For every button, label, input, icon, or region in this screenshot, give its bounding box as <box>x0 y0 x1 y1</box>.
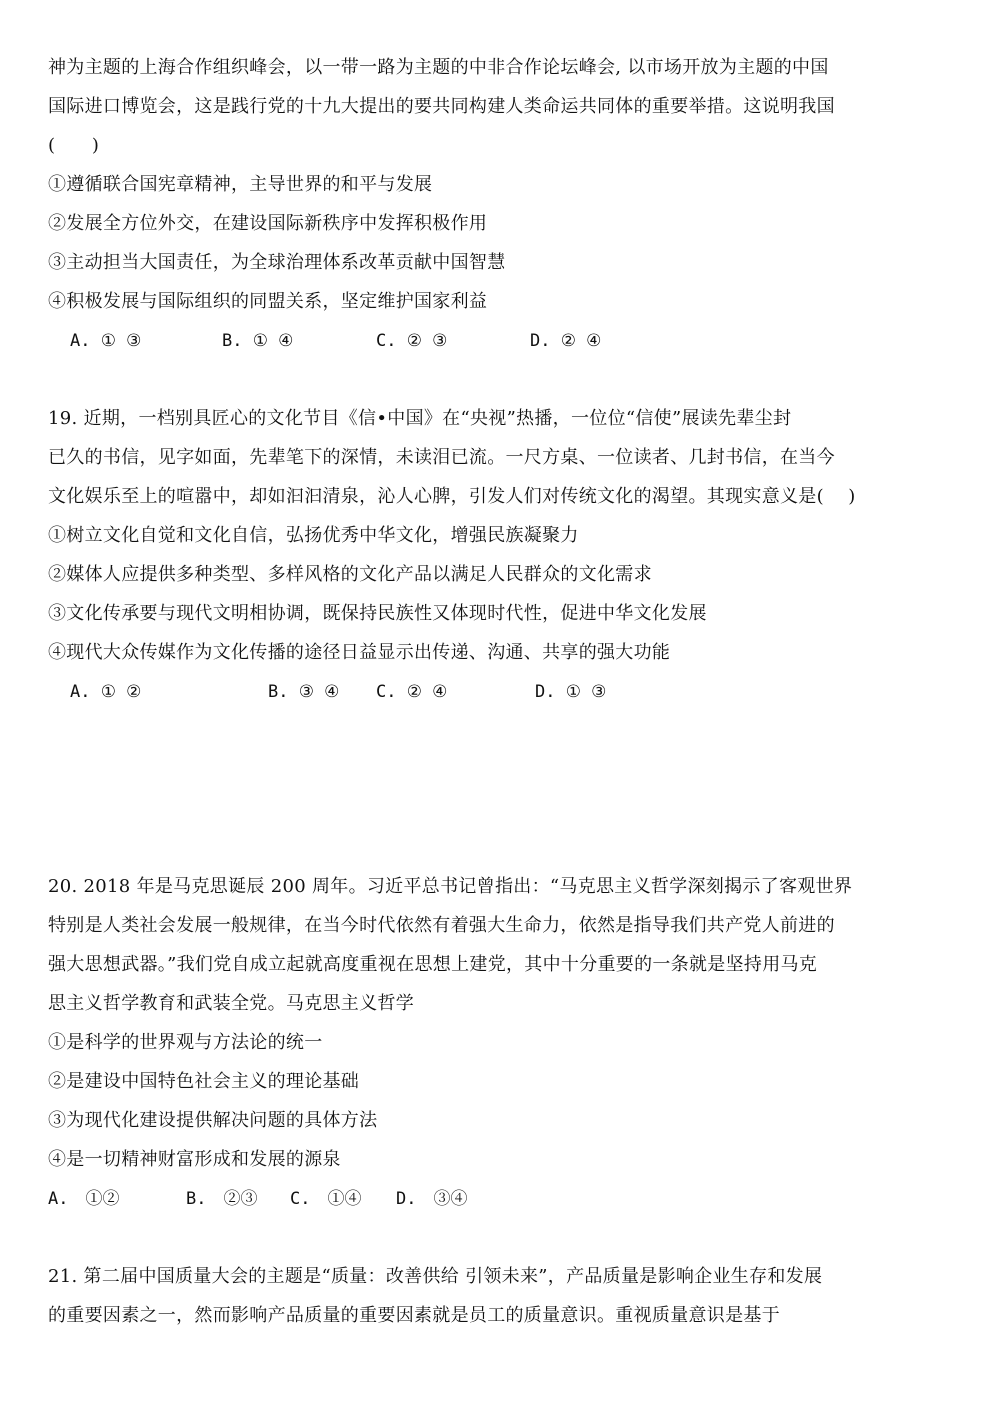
option-c: C. ② ③ <box>376 329 447 353</box>
option-b: B. ③ ④ <box>268 680 339 704</box>
option-c: C. ② ④ <box>376 680 447 704</box>
question-text-line: 国际进口博览会，这是践行党的十九大提出的要共同构建人类命运共同体的重要举措。这说… <box>48 95 835 119</box>
question-text-line: 特别是人类社会发展一般规律，在当今时代依然有着强大生命力，依然是指导我们共产党人… <box>48 914 835 938</box>
option-c: C. ①④ <box>290 1187 361 1211</box>
option-b: B. ① ④ <box>222 329 293 353</box>
question-text-line: 文化娱乐至上的喧嚣中，却如汩汩清泉，沁人心脾，引发人们对传统文化的渴望。其现实意… <box>48 485 856 509</box>
answer-blank: ( ) <box>48 134 99 158</box>
option-a: A. ① ② <box>70 680 141 704</box>
option-d: D. ③④ <box>396 1187 467 1211</box>
option-b: B. ②③ <box>186 1187 257 1211</box>
statement-3: ③主动担当大国责任，为全球治理体系改革贡献中国智慧 <box>48 251 506 275</box>
answer-options: A. ① ② B. ③ ④ C. ② ④ D. ① ③ <box>0 680 992 704</box>
statement-1: ①是科学的世界观与方法论的统一 <box>48 1031 323 1055</box>
statement-2: ②发展全方位外交，在建设国际新秩序中发挥积极作用 <box>48 212 487 236</box>
statement-4: ④是一切精神财富形成和发展的源泉 <box>48 1148 341 1172</box>
statement-4: ④积极发展与国际组织的同盟关系，坚定维护国家利益 <box>48 290 487 314</box>
statement-2: ②是建设中国特色社会主义的理论基础 <box>48 1070 359 1094</box>
statement-3: ③文化传承要与现代文明相协调，既保持民族性又体现时代性，促进中华文化发展 <box>48 602 707 626</box>
statement-1: ①树立文化自觉和文化自信，弘扬优秀中华文化，增强民族凝聚力 <box>48 524 579 548</box>
question-text-line: 已久的书信，见字如面，先辈笔下的深情，未读泪已流。一尺方桌、一位读者、几封书信，… <box>48 446 835 470</box>
option-a: A. ① ③ <box>70 329 141 353</box>
answer-options: A. ①② B. ②③ C. ①④ D. ③④ <box>0 1187 992 1211</box>
statement-1: ①遵循联合国宪章精神，主导世界的和平与发展 <box>48 173 432 197</box>
question-text-line: 强大思想武器。”我们党自成立起就高度重视在思想上建党，其中十分重要的一条就是坚持… <box>48 953 817 977</box>
question-text-line: 思主义哲学教育和武装全党。马克思主义哲学 <box>48 992 414 1016</box>
option-a: A. ①② <box>48 1187 119 1211</box>
question-text-line: 21. 第二届中国质量大会的主题是“质量：改善供给 引领未来”，产品质量是影响企… <box>48 1265 822 1289</box>
option-d: D. ① ③ <box>535 680 606 704</box>
statement-2: ②媒体人应提供多种类型、多样风格的文化产品以满足人民群众的文化需求 <box>48 563 652 587</box>
answer-options: A. ① ③ B. ① ④ C. ② ③ D. ② ④ <box>0 329 992 353</box>
question-text-line: 20. 2018 年是马克思诞辰 200 周年。习近平总书记曾指出：“马克思主义… <box>48 875 852 899</box>
question-text-line: 19. 近期，一档别具匠心的文化节目《信•中国》在“央视”热播，一位位“信使”展… <box>48 407 791 431</box>
statement-4: ④现代大众传媒作为文化传播的途径日益显示出传递、沟通、共享的强大功能 <box>48 641 670 665</box>
statement-3: ③为现代化建设提供解决问题的具体方法 <box>48 1109 377 1133</box>
option-d: D. ② ④ <box>530 329 601 353</box>
question-text-line: 的重要因素之一，然而影响产品质量的重要因素就是员工的质量意识。重视质量意识是基于 <box>48 1304 780 1328</box>
question-text-line: 神为主题的上海合作组织峰会，以一带一路为主题的中非合作论坛峰会, 以市场开放为主… <box>48 56 829 80</box>
